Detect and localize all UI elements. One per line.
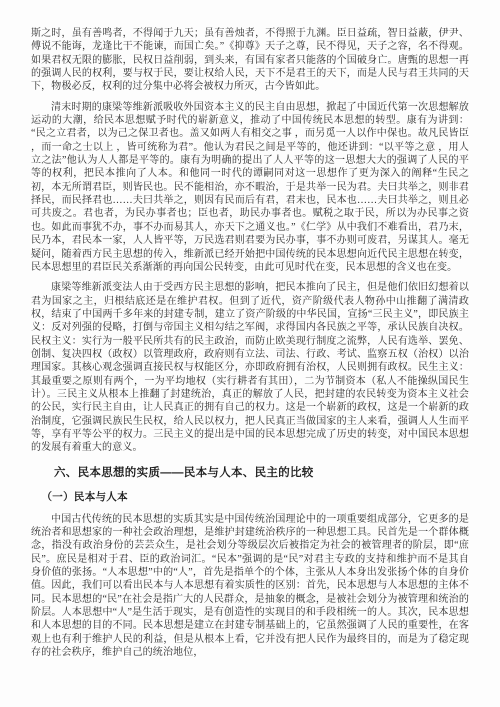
paragraph-tangzhen-continuation: 斯之时，虽有善鸣者，不得闻于九天；虽有善烛者，不得照于九渊。臣日益疏，智日益蔽，… — [31, 27, 469, 94]
paragraph-kangliang-reformers: 清末时期的康梁等维新派吸收外国资本主义的民主自由思想，掀起了中国近代第一次思想解… — [31, 101, 469, 274]
document-page: 斯之时，虽有善鸣者，不得闻于九天；虽有善烛者，不得照于九渊。臣日益疏，智日益蔽，… — [0, 0, 500, 707]
section-heading: 六、民本思想的实质——民本与人本、民主的比较 — [31, 466, 469, 481]
paragraph-minben-vs-renben: 中国古代传统的民本思想的实质其实是中国传统治国理论中的一项重要组成部分，它更多的… — [31, 513, 469, 660]
subsection-heading: （一）民本与人本 — [31, 490, 469, 504]
paragraph-sunzhongshan-three-principles: 康梁等维新派变法人由于受西方民主思想的影响，把民本推向了民主，但是他们依旧幻想着… — [31, 281, 469, 454]
